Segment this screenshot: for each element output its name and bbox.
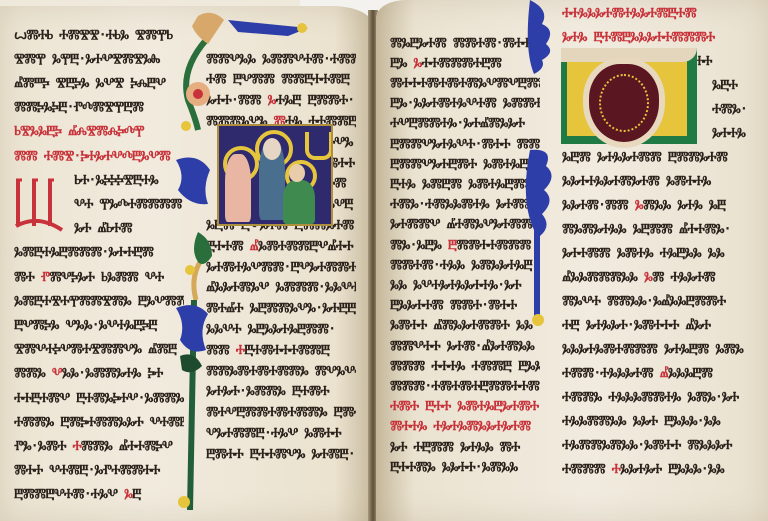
gold-letter-icon (305, 132, 333, 160)
text-line: ⰀⰏⰀ ⰁⰀⰀ ⰃⰏⰀⰃⰁⰃⰀⰏⰀ (390, 400, 540, 414)
text-line: ⰁⰀⰀⰏⰃ ⰃⰃⰀⰀ·ⰃⰏⰃⰃ (390, 460, 540, 474)
glagolitic-text: ⰏⰏⰏ ⰀⰀⰀⰃ ⰀⰏⰏⰁ ⰁⰃⰃⰀ (390, 359, 540, 373)
text-line: ⰀⰀⰁⰀⰏⰂ ⰁⰀⰏⰃⰍⰀⰂ·ⰃⰏⰏⰃ (14, 391, 184, 405)
glagolitic-text: ⰏⰃⰂⰀ ⰏⰏⰃⰃ·ⰃⰌⰃⰃⰁⰏⰏⰀ (562, 294, 725, 308)
text-line: ⰃⰀⰀⰃ (712, 126, 752, 140)
face (263, 138, 281, 160)
glagolitic-text: ⰃⰏⰀⰀ ⰌⰏⰃⰃⰀⰏⰏⰀ ⰃⰃ (390, 319, 532, 333)
glagolitic-text: ⰀⰏⰏⰏ ⰀⰃⰃⰀⰃⰀ ⰁⰃⰃⰃ·ⰃⰃ (562, 462, 724, 476)
text-line: ⰏⰏ ⰀⰏⰊ·ⰍⰀⰃⰀⰂⰄⰁⰃⰂⰏ (14, 149, 184, 163)
glagolitic-text: ⰏⰏⰏ·ⰀⰏⰀⰏⰀⰁⰏⰏⰀⰀⰏ (390, 379, 539, 393)
text-line: ⰀⰃⰏⰏⰃⰏⰃⰃ·ⰃⰏⰀⰀ ⰏⰃⰃⰃⰀ (562, 438, 752, 452)
text-line: ⰃⰏⰁⰀⰃⰁⰏⰏⰏ·ⰃⰀⰀⰁⰏ (14, 246, 184, 260)
text-line: ⰀⰏⰏⰃ ⰁⰏⰍⰀⰏⰏⰃⰃⰀ ⰂⰀⰏⰁ (14, 415, 184, 429)
text-line: ⰏⰏⰃ ⰂⰃⰃ·ⰃⰏⰏⰃⰀⰃ ⰍⰀ (14, 367, 184, 381)
text-line: ⰊⰏⰂⰀⰍⰂⰏⰀⰊⰏⰏⰂⰃ ⰌⰏⰁ (14, 343, 184, 357)
angel-figure (283, 180, 315, 224)
glagolitic-text: ⰏⰏⰀⰏ·ⰀⰃⰃ ⰃⰏⰃⰃⰀⰃⰁ (390, 258, 532, 272)
glagolitic-text: ⰃⰀ ⰌⰓⰀⰏ (74, 222, 132, 236)
text-line: ⰁⰂⰏⰍⰃ ⰂⰃⰃ·ⰃⰂⰀⰃⰁⰍⰁ (14, 318, 184, 332)
vine-ornament-icon (599, 74, 649, 132)
decorated-initial (561, 48, 697, 144)
glagolitic-text: ⰀⰂⰁⰏⰏⰀⰃ·ⰃⰀⰌⰏⰃⰃⰀ (390, 117, 524, 131)
glagolitic-text: ⰏⰏⰍⰃⰍⰁ·ⰒⰄⰏⰊⰉⰁⰏ (14, 101, 143, 115)
right-page: ⰏⰃⰁⰃⰀⰏ ⰏⰏⰀⰏ·ⰏⰀⰀⰁⰃ ⰃⰀⰀⰏⰏⰏⰀⰁⰏⰏⰀⰀⰀⰏⰀⰏⰀⰏⰃⰂⰏⰂ… (376, 0, 768, 521)
glagolitic-text: ⰀⰏⰀ ⰁⰀⰀ ⰃⰏⰀⰃⰁⰃⰀⰏⰀ (390, 400, 538, 414)
glagolitic-text: ⰓⰀ·ⰃⰍⰍⰍⰊⰁⰀⰃ (74, 173, 158, 187)
glagolitic-text: ⰀⰏⰃ·ⰀⰏⰃⰃⰏⰀⰃ ⰃⰀⰏⰏ (390, 198, 535, 212)
text-line: ⰏⰃⰂⰀ ⰏⰏⰃⰃ·ⰃⰌⰃⰃⰁⰏⰏⰀ (562, 294, 752, 308)
glagolitic-text: ⰊⰏⰉ ⰃⰉⰁ·ⰃⰀⰂⰊⰏⰊⰃⰈ (14, 52, 160, 66)
glagolitic-text: ⰀⰃⰏⰏⰃⰏⰃⰃ·ⰃⰏⰀⰀ ⰏⰃⰃⰃⰀ (562, 438, 732, 452)
glagolitic-text: ⰏⰃⰏⰃⰀⰃⰃ ⰃⰁⰏⰏ ⰌⰀⰀⰏⰃ· (562, 222, 731, 236)
text-line: ⰏⰃⰏⰃⰀⰃⰃ ⰃⰁⰏⰏ ⰌⰀⰀⰏⰃ· (562, 222, 752, 236)
glagolitic-text: ⰌⰏⰞⰍ ⰊⰁⰍⰃ ⰃⰂⰊ ⰍⰎⰁⰂ (14, 76, 165, 90)
glagolitic-text: ⰀⰀⰃⰃⰃⰀⰏⰀⰃⰃⰀⰏⰁⰀⰏ (562, 6, 696, 20)
glagolitic-text: ⰏⰏⰃ ⰂⰃⰃ·ⰃⰏⰏⰃⰀⰃ ⰍⰀ (14, 367, 162, 381)
text-line: ⰏⰀⰀ ⰂⰀⰏⰁ·ⰃⰒⰀⰏⰏⰀⰀ (14, 464, 184, 478)
text-line: ⰀⰏⰏⰃ ⰀⰃⰃⰃⰏⰏⰀⰃ ⰃⰏⰃ·ⰃⰀ (562, 390, 752, 404)
text-line: ⰏⰀ ⰒⰏⰂⰍⰃⰀ ⰓⰃⰏⰏ ⰂⰀ (14, 270, 184, 284)
glagolitic-text: ⰏⰀⰀⰃ ⰀⰃⰀⰃⰏⰃⰃⰀⰃⰀⰏ (390, 420, 530, 434)
glagolitic-text: ⰀⰃⰃⰏⰏⰃⰃ ⰃⰃⰀ ⰁⰃⰃⰃ·ⰃⰃ (562, 414, 720, 428)
text-line: ⰁⰏⰏⰁⰂⰀⰏ·ⰀⰃⰂ ⰃⰁ (14, 488, 184, 502)
red-initial-letter-icon (14, 174, 64, 232)
text-line: ⰃⰃⰀⰀⰃⰃⰀⰏⰃⰀⰏ ⰃⰏⰀⰀⰃ (562, 174, 752, 188)
text-line: ⰀⰏⰃ· (712, 102, 752, 116)
text-line: ⰓⰊⰃⰃⰁⰍ ⰌⰎⰊⰏⰎⰍⰄⰉ (14, 125, 184, 139)
text-line: ⰒⰃ·ⰃⰏⰀ ⰀⰏⰏⰃ ⰌⰀⰀⰏⰍⰂ (14, 439, 184, 453)
text-line: ⰀⰁ ⰃⰀⰃⰃⰀ·ⰃⰏⰀⰀⰀ ⰌⰃⰀ (562, 318, 752, 332)
glagolitic-text: ⰀⰏⰃ· (712, 102, 747, 116)
glagolitic-text: ⰁⰃ ⰃⰀⰀⰏⰏⰏⰀⰁⰏ (390, 56, 501, 70)
glagolitic-text: ⰃⰀ ⰀⰁⰏⰏ ⰃⰀⰃⰃ ⰏⰀ (390, 440, 519, 454)
text-line: ⰀⰀⰃⰃⰃⰀⰏⰀⰃⰃⰀⰏⰁⰀⰏ (562, 6, 752, 20)
glagolitic-text: ꙍⰏⰀⰓ ⰀⰏⰊⰊ·ⰀⰓⰃ ⰊⰏⰉⰓ (14, 28, 172, 42)
angel-face (289, 164, 305, 182)
glagolitic-text: ⰃⰃⰀⰏ·ⰏⰏ ⰃⰏⰃⰃ ⰃⰀⰃ ⰃⰁ (562, 198, 725, 212)
text-line: ⰃⰁⰀ (712, 78, 752, 92)
glagolitic-text: ⰁⰏⰏⰁⰂⰀⰏ·ⰀⰃⰂ ⰃⰁ (14, 488, 141, 502)
text-line: ⰃⰀⰃ ⰁⰀⰏⰁⰃⰃⰃⰀⰀⰏⰏⰏⰀ (562, 30, 752, 44)
text-line: ⰃⰀ ⰀⰁⰏⰏ ⰃⰀⰃⰃ ⰏⰀ (390, 440, 540, 454)
glagolitic-text: ⰃⰃⰃⰀⰃⰏⰀⰏⰏⰏ ⰃⰀⰃⰁⰏ ⰃⰏⰃ (562, 342, 743, 356)
glagolitic-text: ⰒⰃ·ⰃⰏⰀ ⰀⰏⰏⰃ ⰌⰀⰀⰏⰍⰂ (14, 439, 172, 453)
text-line: ⰏⰀⰀⰃ ⰀⰃⰀⰃⰏⰃⰃⰀⰃⰀⰏ (390, 420, 540, 434)
glagolitic-text: ⰃⰁⰏ ⰃⰀⰃⰃⰀⰏⰏ ⰁⰏⰏⰃⰀⰏ (562, 150, 727, 164)
glagolitic-text: ⰁⰀⰀⰏⰃ ⰃⰃⰀⰀ·ⰃⰏⰃⰃ (390, 460, 517, 474)
historiated-miniature (217, 124, 333, 226)
text-line: ⰃⰁⰏ ⰃⰀⰃⰃⰀⰏⰏ ⰁⰏⰏⰃⰀⰏ (562, 150, 752, 164)
text-line: ⰏⰏⰂⰀⰀ ⰃⰀⰏ·ⰌⰃⰀⰏⰃⰃ (390, 339, 540, 353)
acanthus-border-icon (516, 0, 566, 330)
text-line: ⰏⰏⰏ·ⰀⰏⰀⰏⰀⰁⰏⰏⰀⰀⰏ (390, 379, 540, 393)
glagolitic-text: ⰓⰊⰃⰃⰁⰍ ⰌⰎⰊⰏⰎⰍⰄⰉ (14, 125, 144, 139)
glagolitic-text: ⰏⰃ·ⰃⰁⰃ ⰁⰏⰏⰀⰀⰏⰏⰏ (390, 238, 531, 252)
text-line: ⰃⰀⰀⰏⰏ ⰃⰏⰀⰃ ⰀⰃⰁⰃⰃ ⰃⰃ (562, 246, 752, 260)
text-line: ⰏⰏⰍⰃⰍⰁ·ⰒⰄⰏⰊⰉⰁⰏ (14, 101, 184, 115)
glagolitic-text: ⰀⰁ ⰃⰀⰃⰃⰀ·ⰃⰏⰀⰀⰀ ⰌⰃⰀ (562, 318, 710, 332)
glagolitic-text: ⰏⰏⰂⰀⰀ ⰃⰀⰏ·ⰌⰃⰀⰏⰃⰃ (390, 339, 534, 353)
glagolitic-text: ⰊⰏⰂⰀⰍⰂⰏⰀⰊⰏⰏⰂⰃ ⰌⰏⰁ (14, 343, 176, 357)
text-line: ⰌⰃⰃⰏⰏⰏⰃⰃ ⰃⰏ ⰀⰃⰃⰀⰏ (562, 270, 752, 284)
text-line: ⰀⰏⰏⰏ ⰀⰃⰃⰀⰃⰀ ⰁⰃⰃⰃ·ⰃⰃ (562, 462, 752, 476)
glagolitic-text: ⰃⰃ ⰃⰂⰀⰃⰀⰃⰃⰀⰀⰃ·ⰃⰀ (390, 278, 521, 292)
christ-figure (225, 154, 251, 222)
glagolitic-text: ⰀⰏⰏ·ⰀⰃⰃⰃⰀⰏ ⰌⰃⰃⰃⰁⰏ (562, 366, 712, 380)
glagolitic-text: ⰏⰏ ⰀⰏⰊ·ⰍⰀⰃⰀⰂⰄⰁⰃⰂⰏ (14, 149, 170, 163)
glagolitic-text: ⰁⰀⰃ ⰃⰏⰁⰏ ⰃⰏⰀⰃⰁⰏⰏ (390, 177, 536, 191)
glagolitic-text: ⰁⰂⰏⰍⰃ ⰂⰃⰃ·ⰃⰂⰀⰃⰁⰍⰁ (14, 318, 157, 332)
glagolitic-text: ⰃⰀⰃ ⰁⰀⰏⰁⰃⰃⰃⰀⰀⰏⰏⰏⰀ (562, 30, 714, 44)
glagolitic-text: ⰏⰀ ⰒⰏⰂⰍⰃⰀ ⰓⰃⰏⰏ ⰂⰀ (14, 270, 163, 284)
glagolitic-text: ⰃⰀⰀⰏⰏ ⰃⰏⰀⰃ ⰀⰃⰁⰃⰃ ⰃⰃ (562, 246, 724, 260)
glagolitic-text: ⰌⰃⰃⰏⰏⰏⰃⰃ ⰃⰏ ⰀⰃⰃⰀⰏ (562, 270, 715, 284)
glagolitic-text: ⰀⰏⰏⰃ ⰀⰃⰃⰃⰏⰏⰀⰃ ⰃⰏⰃ·ⰃⰀ (562, 390, 738, 404)
glagolitic-text: ⰏⰃⰁⰃⰀⰏ ⰏⰏⰀⰏ·ⰏⰀⰀ (390, 36, 531, 50)
glagolitic-text: ⰀⰀⰁⰀⰏⰂ ⰁⰀⰏⰃⰍⰀⰂ·ⰃⰏⰏⰃ (14, 391, 184, 405)
text-line: ⰌⰏⰞⰍ ⰊⰁⰍⰃ ⰃⰂⰊ ⰍⰎⰁⰂ (14, 76, 184, 90)
glagolitic-text: ⰏⰀⰀ ⰂⰀⰏⰁ·ⰃⰒⰀⰏⰏⰀⰀ (14, 464, 159, 478)
left-page: ꙍⰏⰀⰓ ⰀⰏⰊⰊ·ⰀⰓⰃ ⰊⰏⰉⰓⰊⰏⰉ ⰃⰉⰁ·ⰃⰀⰂⰊⰏⰊⰃⰈⰌⰏⰞⰍ Ⰺ… (0, 6, 372, 521)
initial-bowl (583, 58, 665, 148)
text-line: ꙍⰏⰀⰓ ⰀⰏⰊⰊ·ⰀⰓⰃ ⰊⰏⰉⰓ (14, 28, 184, 42)
text-line: ⰀⰏⰏ·ⰀⰃⰃⰃⰀⰏ ⰌⰃⰃⰃⰁⰏ (562, 366, 752, 380)
text-line: ⰃⰃⰃⰀⰃⰏⰀⰏⰏⰏ ⰃⰀⰃⰁⰏ ⰃⰏⰃ (562, 342, 752, 356)
glagolitic-text: ⰃⰁⰀ (712, 78, 737, 92)
glagolitic-text: ⰂⰀ ⰉⰃⰄⰀⰏⰏⰏⰏ (74, 197, 182, 211)
text-line: ⰃⰏⰁⰀⰊⰀⰉⰏⰏⰊⰏⰃ ⰁⰃⰂⰏⰏ (14, 294, 184, 308)
text-line: ⰃⰃⰀⰏ·ⰏⰏ ⰃⰏⰃⰃ ⰃⰀⰃ ⰃⰁ (562, 198, 752, 212)
text-line: ⰊⰏⰉ ⰃⰉⰁ·ⰃⰀⰂⰊⰏⰊⰃⰈ (14, 52, 184, 66)
manuscript-photo: ꙍⰏⰀⰓ ⰀⰏⰊⰊ·ⰀⰓⰃ ⰊⰏⰉⰓⰊⰏⰉ ⰃⰉⰁ·ⰃⰀⰂⰊⰏⰊⰃⰈⰌⰏⰞⰍ Ⰺ… (0, 0, 768, 521)
glagolitic-text: ⰃⰏⰁⰀⰃⰁⰏⰏⰏ·ⰃⰀⰀⰁⰏ (14, 246, 153, 260)
glagolitic-text: ⰃⰃⰀⰀⰃⰃⰀⰏⰃⰀⰏ ⰃⰏⰀⰀⰃ (562, 174, 710, 188)
floral-border-icon (168, 10, 308, 510)
glagolitic-text: ⰃⰏⰁⰀⰊⰀⰉⰏⰏⰊⰏⰃ ⰁⰃⰂⰏⰏ (14, 294, 184, 308)
text-line: ⰏⰏⰏ ⰀⰀⰀⰃ ⰀⰏⰏⰁ ⰁⰃⰃⰀ (390, 359, 540, 373)
glagolitic-text: ⰀⰏⰏⰃ ⰁⰏⰍⰀⰏⰏⰃⰃⰀ ⰂⰀⰏⰁ (14, 415, 184, 429)
glagolitic-text: ⰁⰃⰃⰀⰀⰏ ⰏⰏⰀ·ⰏⰀⰀ (390, 299, 516, 313)
text-line: ⰀⰃⰃⰏⰏⰃⰃ ⰃⰃⰀ ⰁⰃⰃⰃ·ⰃⰃ (562, 414, 752, 428)
glagolitic-text: ⰃⰀⰀⰃ (712, 126, 745, 140)
